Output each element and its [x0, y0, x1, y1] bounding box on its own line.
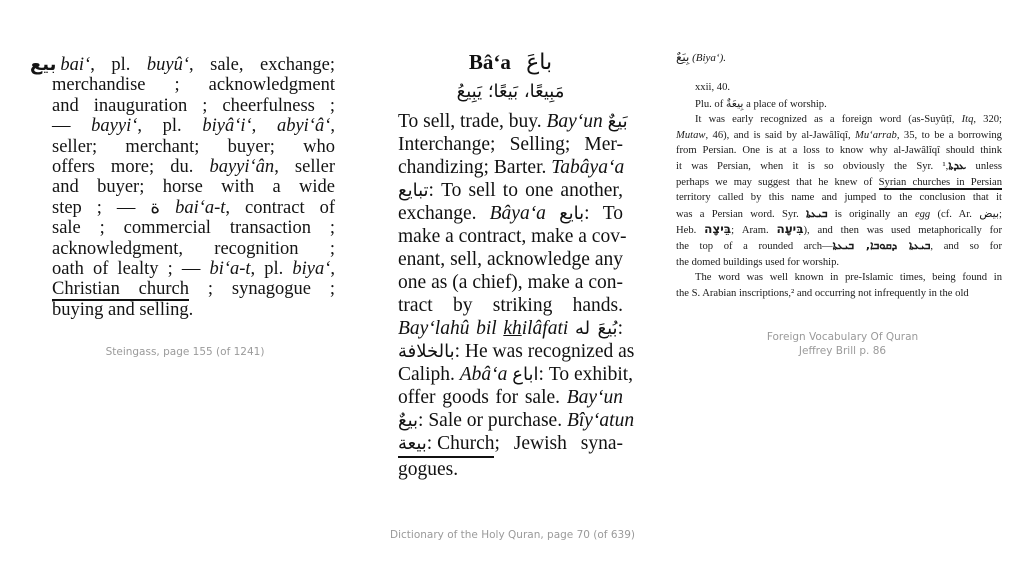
- text-line: Caliph. Abâ‘a اباع: To exhibit,: [398, 363, 623, 386]
- arabic-term: بيض: [979, 207, 999, 220]
- text-run: bai‘: [60, 55, 90, 75]
- text-line: acknowledgment, recognition ;: [30, 239, 335, 259]
- text-run: Bay‘un: [567, 387, 623, 408]
- text-run: offers more; du.: [52, 157, 209, 177]
- text-run: buying and selling.: [52, 300, 193, 320]
- text-run: the top of a rounded arch—: [676, 241, 833, 252]
- text-run: and inauguration ; cheerfulness ;: [52, 96, 335, 116]
- text-run: Interchange; Selling; Mer-: [398, 134, 623, 155]
- text-run: Itq: [962, 114, 974, 125]
- text-line: gogues.: [398, 458, 623, 481]
- text-line: offer goods for sale. Bay‘un: [398, 386, 623, 409]
- text-line: seller; merchant; buyer; who: [30, 137, 335, 157]
- text-run: oath of lealty ; —: [52, 259, 209, 279]
- text-run: Bâya‘a: [490, 203, 546, 224]
- text-line: one as (a chief), make a con-: [398, 271, 623, 294]
- text-line: from Persian. One is at a loss to know w…: [676, 143, 1002, 158]
- text-run: biyâ‘i‘: [202, 116, 251, 136]
- text-run: , pl.: [90, 55, 147, 75]
- text-run: is originally an: [828, 209, 915, 220]
- text-line: Heb. בֵּיצָה; Aram. בִּיעָה), and then w…: [676, 222, 1002, 238]
- underlined-text: Syrian churches in Persian: [879, 177, 1002, 190]
- text-run: bai‘a-t: [175, 198, 225, 218]
- text-run: The word was well known in pre-Islamic t…: [695, 272, 1002, 283]
- text-run: the S. Arabian inscriptions,² and occurr…: [676, 288, 969, 299]
- text-run: acknowledgment, recognition ;: [52, 239, 335, 259]
- entry-header-arabic: بِيَعٌ: [676, 50, 689, 64]
- headword-arabic: بيع: [30, 54, 56, 75]
- text-line: Christian church ; synagogue ;: [30, 279, 335, 299]
- text-line: تبايع: To sell to one another,: [398, 179, 623, 202]
- text-run: from Persian. One is at a loss to know w…: [676, 145, 1002, 156]
- text-run: Tabâya‘a: [551, 157, 624, 178]
- text-run: Caliph.: [398, 364, 460, 385]
- text-run: ,: [330, 116, 335, 136]
- text-run: , contract of: [225, 198, 335, 218]
- text-run: egg: [915, 209, 930, 220]
- text-run: It was early recognized as a foreign wor…: [695, 114, 962, 125]
- text-run: Abâ‘a: [460, 364, 508, 385]
- text-run: one as (a chief), make a con-: [398, 272, 623, 293]
- holy-quran-dictionary-excerpt: Bâ‘a باعَ مَبِيعًا، بَيعًا؛ يَبِيعُ To s…: [398, 48, 623, 481]
- text-run: abyi‘â‘: [277, 116, 330, 136]
- plural-arabic: بِيعَةٌ: [726, 97, 744, 110]
- text-run: bi‘a-t: [209, 259, 250, 279]
- text-run: , seller: [274, 157, 335, 177]
- text-line: and buyer; horse with a wide: [30, 177, 335, 197]
- entry-subtitle-arabic: مَبِيعًا، بَيعًا؛ يَبِيعُ: [457, 81, 565, 102]
- plural-suffix: a place of worship.: [744, 99, 827, 110]
- text-run: step ; — ة: [52, 198, 175, 218]
- text-line: step ; — ة bai‘a-t, contract of: [30, 198, 335, 218]
- holy-quran-caption: Dictionary of the Holy Quran, page 70 (o…: [380, 528, 645, 542]
- text-run: : To: [584, 203, 623, 224]
- arabic-term: بالخلافة: [398, 341, 455, 362]
- text-run: ; Jewish syna-: [494, 433, 623, 454]
- text-line: sale ; commercial transaction ;: [30, 218, 335, 238]
- steingass-dictionary-excerpt: بيعbai‘, pl. buyû‘, sale, exchange;merch…: [30, 55, 335, 320]
- text-run: ;: [999, 209, 1002, 220]
- text-run: , sale, exchange;: [189, 55, 335, 75]
- steingass-entry-text: بيعbai‘, pl. buyû‘, sale, exchange;merch…: [30, 55, 335, 320]
- text-line: territory called by this name and jumped…: [676, 190, 1002, 205]
- text-run: :: [618, 318, 623, 339]
- text-line: enant, sell, acknowledge any: [398, 248, 623, 271]
- foreign-vocabulary-excerpt: بِيَعٌ (Biya‘). xxii, 40. Plu. of بِيعَة…: [676, 50, 1002, 301]
- text-line: exchange. Bâya‘a بايع: To: [398, 202, 623, 225]
- text-run: : To exhibit,: [539, 364, 634, 385]
- text-run: , pl.: [137, 116, 202, 136]
- text-line: To sell, trade, buy. Bay‘un بَيعٌ: [398, 110, 623, 133]
- text-run: Bîy‘atun: [567, 410, 634, 431]
- holy-quran-entry-text: To sell, trade, buy. Bay‘un بَيعٌInterch…: [398, 110, 623, 481]
- caption-author-page: Jeffrey Brill p. 86: [740, 344, 945, 358]
- text-run: , 320;: [973, 114, 1002, 125]
- caption-title: Foreign Vocabulary Of Quran: [740, 330, 945, 344]
- text-run: —: [52, 116, 91, 136]
- entry-subtitle: مَبِيعًا، بَيعًا؛ يَبِيعُ: [398, 77, 623, 106]
- text-line: بيعbai‘, pl. buyû‘, sale, exchange;: [30, 55, 335, 75]
- text-line: offers more; du. bayyi‘ân, seller: [30, 157, 335, 177]
- text-run: chandizing; Barter.: [398, 157, 551, 178]
- underlined-text: : Church: [427, 432, 495, 458]
- text-line: Bay‘lahû bil khilâfati بُيعَ له:: [398, 317, 623, 340]
- text-line: it was Persian, when it is so obviously …: [676, 158, 1002, 174]
- entry-title: Bâ‘a باعَ: [398, 48, 623, 77]
- arabic-term: بيعٌ: [398, 410, 418, 431]
- underlined-text: kh: [503, 318, 521, 339]
- text-line: Mutaw, 46), and is said by al-Jawâlîqî, …: [676, 128, 1002, 143]
- text-run: To sell, trade, buy.: [398, 111, 546, 132]
- text-run: the domed buildings used for worship.: [676, 257, 839, 268]
- entry-header: بِيَعٌ (Biya‘).: [676, 50, 1002, 66]
- text-run: it was Persian, when it is so obviously …: [676, 161, 942, 172]
- text-line: بيعٌ: Sale or purchase. Bîy‘atun: [398, 409, 623, 432]
- text-line: chandizing; Barter. Tabâya‘a: [398, 156, 623, 179]
- text-run: ), and then was used metaphorically for: [804, 225, 1002, 236]
- text-run: [546, 203, 559, 224]
- text-line: and inauguration ; cheerfulness ;: [30, 96, 335, 116]
- steingass-caption: Steingass, page 155 (of 1241): [60, 345, 310, 359]
- text-run: offer goods for sale.: [398, 387, 567, 408]
- arabic-term: اباع: [512, 364, 538, 385]
- text-run: Bay‘un: [546, 111, 602, 132]
- entry-title-latin: Bâ‘a: [469, 50, 511, 74]
- text-run: , 46), and is said by al-Jawâlîqî,: [705, 130, 855, 141]
- text-line: buying and selling.: [30, 300, 335, 320]
- text-run: ; Aram.: [731, 225, 776, 236]
- foreign-vocabulary-caption: Foreign Vocabulary Of Quran Jeffrey Bril…: [740, 330, 945, 358]
- arabic-term: بَيعٌ: [608, 111, 628, 132]
- text-line: It was early recognized as a foreign wor…: [676, 112, 1002, 127]
- syriac-term: ܒܝܥܬܐ ܕܩܘܒܐ, ܒܝܥܬܐ: [833, 239, 931, 252]
- text-run: Bay‘lahû bil: [398, 318, 503, 339]
- entry-reference: xxii, 40.: [676, 80, 1002, 95]
- text-run: merchandise ; acknowledgment: [52, 75, 335, 95]
- text-run: : To sell to one another,: [429, 180, 623, 201]
- plural-prefix: Plu. of: [695, 99, 726, 110]
- text-run: make a contract, make a cov-: [398, 226, 626, 247]
- text-run: was a Persian word. Syr.: [676, 209, 806, 220]
- foreign-vocabulary-entry-text: It was early recognized as a foreign wor…: [676, 112, 1002, 301]
- entry-header-latin: (Biya‘).: [692, 52, 726, 64]
- text-run: territory called by this name and jumped…: [676, 192, 1002, 203]
- text-run: exchange.: [398, 203, 490, 224]
- text-line: Interchange; Selling; Mer-: [398, 133, 623, 156]
- text-run: Mu‘arrab: [855, 130, 897, 141]
- entry-title-arabic: باعَ: [526, 50, 552, 75]
- syriac-term: ܒܝܥܬܐ: [806, 207, 827, 220]
- text-run: , pl.: [251, 259, 293, 279]
- arabic-term: بايع: [559, 203, 584, 224]
- text-run: bayyi‘ân: [209, 157, 274, 177]
- text-run: tract by striking hands.: [398, 295, 623, 316]
- text-run: bayyi‘: [91, 116, 137, 136]
- text-run: perhaps we may suggest that he knew of: [676, 177, 879, 188]
- text-run: Heb.: [676, 225, 704, 236]
- text-line: merchandise ; acknowledgment: [30, 75, 335, 95]
- text-line: was a Persian word. Syr. ܒܝܥܬܐ is origin…: [676, 206, 1002, 222]
- text-run: [568, 318, 575, 339]
- text-run: ,: [252, 116, 277, 136]
- text-run: seller; merchant; buyer; who: [52, 137, 335, 157]
- underlined-text: بيعة: [398, 432, 427, 458]
- text-run: ilâfati: [522, 318, 569, 339]
- arabic-term: تبايع: [398, 180, 429, 201]
- text-line: tract by striking hands.: [398, 294, 623, 317]
- text-run: : Sale or purchase.: [418, 410, 567, 431]
- text-line: بالخلافة: He was recognized as: [398, 340, 623, 363]
- text-run: sale ; commercial transaction ;: [52, 218, 335, 238]
- underlined-text: Christian church: [52, 279, 189, 301]
- text-run: Mutaw: [676, 130, 705, 141]
- text-line: perhaps we may suggest that he knew of S…: [676, 175, 1002, 190]
- syriac-term: ܥܕܬܐ: [948, 159, 966, 172]
- text-line: The word was well known in pre-Islamic t…: [676, 270, 1002, 285]
- text-run: , and so for: [930, 241, 1002, 252]
- text-run: and buyer; horse with a wide: [52, 177, 335, 197]
- text-run: buyû‘: [147, 55, 189, 75]
- text-run: : He was recognized as: [455, 341, 635, 362]
- text-run: enant, sell, acknowledge any: [398, 249, 623, 270]
- hebrew-term: בֵּיצָה: [704, 222, 731, 236]
- text-line: — bayyi‘, pl. biyâ‘i‘, abyi‘â‘,: [30, 116, 335, 136]
- text-run: , 35, to be a borrowing: [897, 130, 1002, 141]
- entry-plural: Plu. of بِيعَةٌ a place of worship.: [676, 96, 1002, 112]
- text-run: ,: [330, 259, 335, 279]
- text-run: ; synagogue ;: [189, 279, 335, 299]
- arabic-term: بُيعَ له: [575, 318, 618, 339]
- hebrew-term: בִּיעָה: [776, 222, 803, 236]
- text-line: the domed buildings used for worship.: [676, 255, 1002, 270]
- text-line: the S. Arabian inscriptions,² and occurr…: [676, 286, 1002, 301]
- text-line: بيعة: Church; Jewish syna-: [398, 432, 623, 458]
- text-run: (cf. Ar.: [930, 209, 979, 220]
- text-line: oath of lealty ; — bi‘a-t, pl. biya‘,: [30, 259, 335, 279]
- text-line: the top of a rounded arch—ܒܝܥܬܐ ܕܩܘܒܐ, ܒ…: [676, 238, 1002, 254]
- text-run: biya‘: [292, 259, 330, 279]
- text-run: gogues.: [398, 459, 458, 480]
- text-line: make a contract, make a cov-: [398, 225, 623, 248]
